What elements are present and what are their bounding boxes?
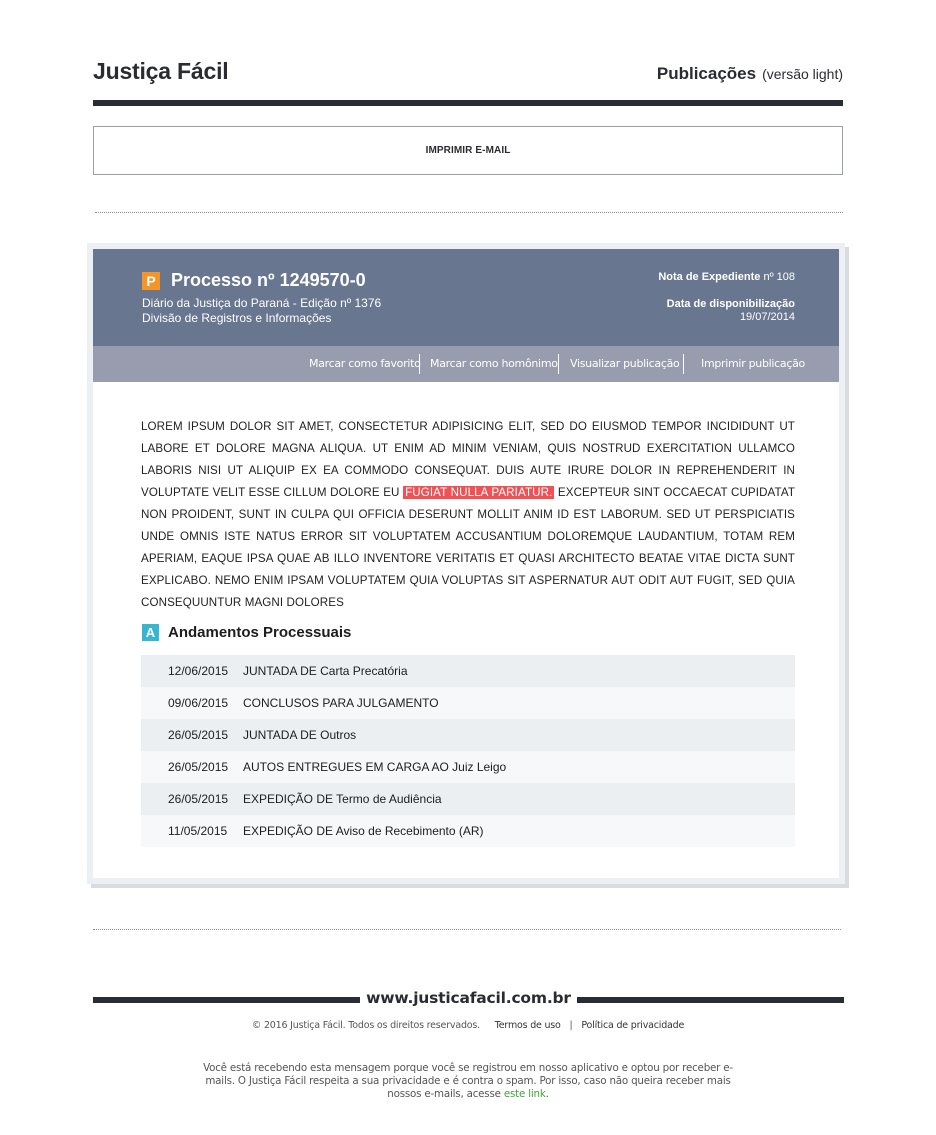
footer-legal: © 2016 Justiça Fácil. Todos os direitos …	[0, 1020, 936, 1031]
andamento-date: 26/05/2015	[141, 760, 243, 774]
terms-link[interactable]: Termos de uso	[495, 1020, 561, 1031]
andamento-row: 12/06/2015JUNTADA DE Carta Precatória	[141, 655, 795, 687]
nota-label: Nota de Expediente	[658, 271, 760, 283]
andamento-row: 26/05/2015EXPEDIÇÃO DE Termo de Audiênci…	[141, 783, 795, 815]
andamento-description: CONCLUSOS PARA JULGAMENTO	[243, 696, 439, 710]
brand-logo: Justiça Fácil	[93, 58, 228, 85]
print-publication-link[interactable]: Imprimir publicação	[701, 346, 805, 382]
publication-card-inner: P Processo nº 1249570-0 Diário da Justiç…	[93, 249, 839, 878]
print-email-label: IMPRIMIR E-MAIL	[426, 145, 511, 156]
publication-card: P Processo nº 1249570-0 Diário da Justiç…	[87, 243, 845, 884]
andamento-row: 11/05/2015EXPEDIÇÃO DE Aviso de Recebime…	[141, 815, 795, 847]
mark-homonym-link[interactable]: Marcar como homônimo	[430, 346, 558, 382]
view-publication-link[interactable]: Visualizar publicação	[570, 346, 680, 382]
andamento-description: JUNTADA DE Outros	[243, 728, 356, 742]
publication-body: Lorem ipsum dolor sit amet, consectetur …	[141, 416, 795, 614]
footer-separator: |	[570, 1020, 573, 1031]
highlighted-term: fugiat nulla pariatur.	[403, 486, 554, 499]
process-title: Processo nº 1249570-0	[171, 270, 366, 291]
andamento-date: 26/05/2015	[141, 728, 243, 742]
publication-badge-icon: P	[142, 272, 160, 290]
header-divider	[93, 100, 843, 106]
andamento-date: 11/05/2015	[141, 824, 243, 838]
andamento-row: 26/05/2015JUNTADA DE Outros	[141, 719, 795, 751]
andamento-row: 26/05/2015AUTOS ENTREGUES EM CARGA AO Ju…	[141, 751, 795, 783]
privacy-link[interactable]: Política de privacidade	[581, 1020, 684, 1031]
mark-favorite-link[interactable]: Marcar como favorito	[309, 346, 421, 382]
print-email-button[interactable]: IMPRIMIR E-MAIL	[93, 126, 843, 175]
andamento-description: EXPEDIÇÃO DE Termo de Audiência	[243, 792, 442, 806]
section-variant: (versão light)	[762, 66, 843, 82]
action-separator	[419, 354, 420, 374]
data-label: Data de disponibilização	[667, 298, 795, 311]
publication-actions: Marcar como favorito Marcar como homônim…	[93, 346, 839, 382]
andamento-row: 09/06/2015CONCLUSOS PARA JULGAMENTO	[141, 687, 795, 719]
journal-edition: Diário da Justiça do Paraná - Edição nº …	[142, 296, 381, 311]
action-separator	[558, 354, 559, 374]
unsubscribe-note: Você está recebendo esta mensagem porque…	[195, 1062, 741, 1101]
footer-bar-right	[577, 997, 844, 1003]
publication-header: P Processo nº 1249570-0 Diário da Justiç…	[93, 249, 839, 346]
andamentos-title: Andamentos Processuais	[168, 624, 351, 641]
section-title: Publicações(versão light)	[657, 64, 843, 84]
copyright: © 2016 Justiça Fácil. Todos os direitos …	[252, 1020, 480, 1031]
andamento-description: AUTOS ENTREGUES EM CARGA AO Juiz Leigo	[243, 760, 506, 774]
dotted-divider	[95, 212, 843, 213]
andamento-date: 26/05/2015	[141, 792, 243, 806]
andamento-date: 09/06/2015	[141, 696, 243, 710]
footer-bar-left	[93, 997, 360, 1003]
data-value: 19/07/2014	[740, 311, 795, 323]
nota-value: nº 108	[763, 271, 795, 283]
nota-expediente: Nota de Expediente nº 108	[658, 271, 795, 283]
andamento-description: EXPEDIÇÃO DE Aviso de Recebimento (AR)	[243, 824, 484, 838]
action-separator	[683, 354, 684, 374]
data-disponibilizacao: Data de disponibilização 19/07/2014	[667, 298, 795, 324]
andamentos-table: 12/06/2015JUNTADA DE Carta Precatória09/…	[141, 655, 795, 847]
dotted-divider	[93, 929, 841, 930]
division: Divisão de Registros e Informações	[142, 311, 381, 326]
email-header: Justiça Fácil Publicações(versão light)	[93, 58, 843, 106]
process-subtitle: Diário da Justiça do Paraná - Edição nº …	[142, 296, 381, 326]
unsubscribe-link[interactable]: este link	[504, 1088, 546, 1100]
andamento-description: JUNTADA DE Carta Precatória	[243, 664, 408, 678]
unsubscribe-text: Você está recebendo esta mensagem porque…	[203, 1062, 733, 1100]
andamentos-badge-icon: A	[142, 624, 159, 641]
footer-site-url[interactable]: www.justicafacil.com.br	[360, 989, 577, 1007]
section-name: Publicações	[657, 64, 756, 83]
andamento-date: 12/06/2015	[141, 664, 243, 678]
note-end: .	[546, 1088, 549, 1100]
body-text-after: Excepteur sint occaecat cupidatat non pr…	[141, 486, 795, 609]
